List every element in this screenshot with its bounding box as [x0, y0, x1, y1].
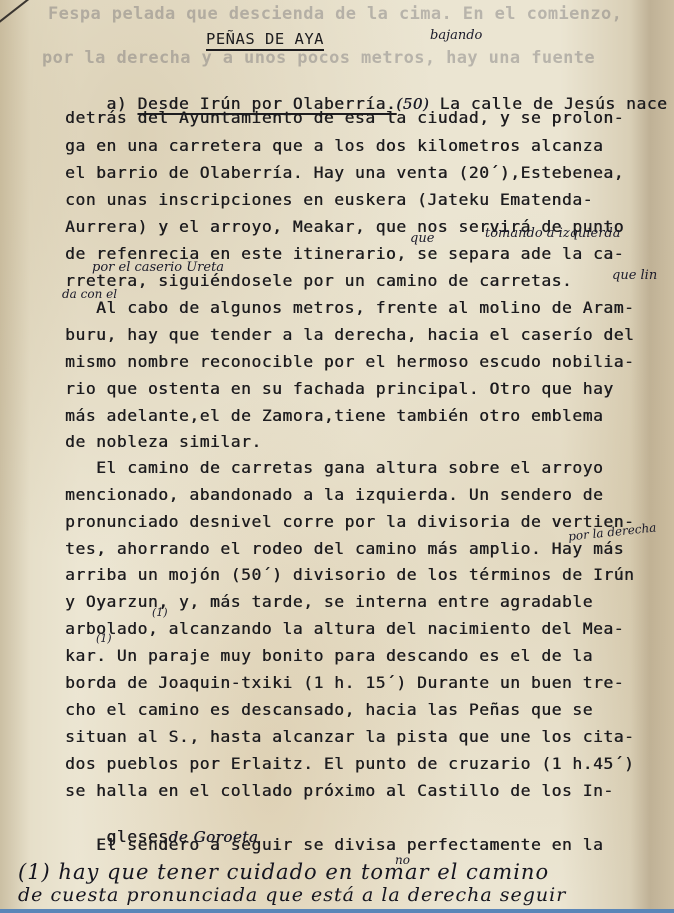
handwritten-note-que-lin: que lin	[612, 268, 657, 283]
bleed-through-line: por la derecha y a unos pocos metros, ha…	[42, 48, 595, 68]
body-line: borda de Joaquin-txiki (1 h. 15´) Durant…	[65, 673, 624, 692]
body-line: mencionado, abandonado a la izquierda. U…	[65, 485, 603, 504]
body-line: más adelante,el de Zamora,tiene también …	[65, 406, 603, 425]
body-line: y Oyarzun, y, más tarde, se interna entr…	[65, 592, 593, 611]
body-line: el barrio de Olaberría. Hay una venta (2…	[65, 163, 624, 182]
body-line: tes, ahorrando el rodeo del camino más a…	[65, 539, 624, 558]
body-line: rretera, siguiéndosele por un camino de …	[65, 271, 572, 290]
document-title: PEÑAS DE AYA	[206, 30, 324, 51]
body-line: El sendero a seguir se divisa perfectame…	[65, 835, 603, 854]
body-line: con unas inscripciones en euskera (Jatek…	[65, 190, 593, 209]
body-line: rio que ostenta en su fachada principal.…	[65, 379, 614, 398]
body-line: dos pueblos por Erlaitz. El punto de cru…	[65, 754, 634, 773]
body-line: de nobleza similar.	[65, 432, 262, 451]
handwritten-note-tomando: tomando a izquierda	[485, 226, 621, 241]
body-line: buru, hay que tender a la derecha, hacia…	[65, 325, 634, 344]
body-line: pronunciado desnivel corre por la diviso…	[65, 512, 634, 531]
body-line: Al cabo de algunos metros, frente al mol…	[65, 298, 634, 317]
handwritten-footnote-line: de cuesta pronunciada que está a la dere…	[18, 884, 566, 906]
handwritten-note-top: bajando	[430, 28, 482, 43]
window-bottom-edge	[0, 909, 674, 913]
body-line: arbolado, alcanzando la altura del nacim…	[65, 619, 624, 638]
document-page: Fespa pelada que descienda de la cima. E…	[0, 0, 674, 909]
body-line: cho el camino es descansado, hacia las P…	[65, 700, 593, 719]
footnote-marker: (1)	[96, 632, 112, 645]
footnote-marker: (1)	[152, 606, 168, 619]
bleed-through-line: Fespa pelada que descienda de la cima. E…	[48, 4, 622, 24]
handwritten-footnote-line: (1) hay que tener cuidado en tomar el ca…	[18, 860, 549, 884]
body-line: ga en una carretera que a los dos kilome…	[65, 136, 603, 155]
body-line: se halla en el collado próximo al Castil…	[65, 781, 614, 800]
body-line: mismo nombre reconocible por el hermoso …	[65, 352, 634, 371]
body-line: El camino de carretas gana altura sobre …	[65, 458, 603, 477]
body-line: kar. Un paraje muy bonito para descando …	[65, 646, 593, 665]
body-line: detrás del Ayuntamiento de esa la ciudad…	[65, 108, 624, 127]
body-line: arriba un mojón (50´) divisorio de los t…	[65, 565, 634, 584]
body-line: situan al S., hasta alcanzar la pista qu…	[65, 727, 634, 746]
